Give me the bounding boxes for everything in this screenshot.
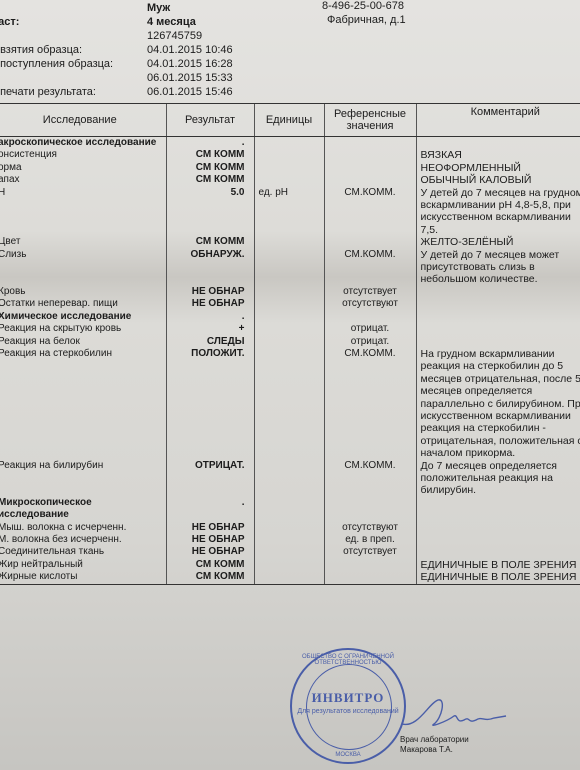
test-comment (416, 286, 580, 298)
test-reference: отрицат. (324, 336, 416, 348)
header-value: Муж (147, 1, 170, 15)
test-units (254, 348, 324, 460)
test-reference: отсутствует (324, 546, 416, 558)
test-result: СМ КОММ (166, 162, 254, 174)
test-name: орма (0, 162, 166, 174)
test-reference: отрицат. (324, 323, 416, 335)
header-value: 126745759 (147, 29, 202, 43)
test-reference (324, 162, 416, 174)
test-name: Соединительная ткань (0, 546, 166, 558)
stamp-brand: ИНВИТРО (292, 690, 404, 706)
section-row: акроскопическое исследование. (0, 137, 580, 150)
lab-stamp: ОБЩЕСТВО С ОГРАНИЧЕННОЙ ОТВЕТСТВЕННОСТЬЮ… (290, 648, 406, 764)
test-units (254, 497, 324, 522)
results-table: Исследование Результат Единицы Референсн… (0, 103, 580, 585)
test-result: ОТРИЦАТ. (166, 460, 254, 497)
header-label: та поступления образца: (0, 57, 113, 71)
stamp-inner-ring (306, 664, 392, 750)
table-row: Соединительная тканьНЕ ОБНАРотсутствует (0, 546, 580, 558)
test-units (254, 162, 324, 174)
table-row: КровьНЕ ОБНАРотсутствует (0, 286, 580, 298)
test-comment (416, 534, 580, 546)
test-result: . (166, 137, 254, 150)
test-units (254, 236, 324, 248)
table-row: Реакция на билирубинОТРИЦАТ.СМ.КОММ.До 7… (0, 460, 580, 497)
test-reference: СМ.КОММ. (324, 249, 416, 286)
test-result: НЕ ОБНАР (166, 298, 254, 310)
test-result: СМ КОММ (166, 149, 254, 161)
test-name: Кровь (0, 286, 166, 298)
doctor-name: Макарова Т.А. (400, 745, 469, 755)
test-name: апах (0, 174, 166, 186)
test-units (254, 522, 324, 534)
header-label: та взятия образца: (0, 43, 82, 57)
test-units (254, 460, 324, 497)
test-comment (416, 497, 580, 522)
test-units (254, 546, 324, 558)
table-header-row: Исследование Результат Единицы Референсн… (0, 104, 580, 137)
test-reference (324, 311, 416, 323)
test-name: Реакция на стеркобилин (0, 348, 166, 460)
section-row: Микроскопическое исследование. (0, 497, 580, 522)
header-value: 06.01.2015 15:33 (147, 71, 233, 85)
test-reference (324, 559, 416, 571)
test-reference (324, 149, 416, 161)
header-value: 06.01.2015 15:46 (147, 85, 233, 99)
header-value: 04.01.2015 16:28 (147, 57, 233, 71)
table-row: онсистенцияСМ КОММВЯЗКАЯ (0, 149, 580, 161)
test-result: СЛЕДЫ (166, 336, 254, 348)
test-result: СМ КОММ (166, 236, 254, 248)
test-comment (416, 522, 580, 534)
test-units (254, 336, 324, 348)
test-name: Микроскопическое исследование (0, 497, 166, 522)
test-name: акроскопическое исследование (0, 137, 166, 150)
test-reference: отсутствуют (324, 522, 416, 534)
test-units (254, 559, 324, 571)
test-reference: отсутствуют (324, 298, 416, 310)
test-name: Н (0, 187, 166, 237)
table-row: СлизьОБНАРУЖ.СМ.КОММ.У детей до 7 месяце… (0, 249, 580, 286)
test-reference: СМ.КОММ. (324, 460, 416, 497)
test-comment (416, 298, 580, 310)
signature-scribble-icon (398, 694, 508, 734)
col-header-comment: Комментарий (416, 104, 580, 137)
test-comment: У детей до 7 месяцев на грудном вскармли… (416, 187, 580, 237)
test-units (254, 149, 324, 161)
test-units (254, 137, 324, 150)
table-row: Реакция на скрытую кровь+отрицат. (0, 323, 580, 335)
test-reference (324, 174, 416, 186)
test-comment: До 7 месяцев определяется положительная … (416, 460, 580, 497)
test-comment: ЕДИНИЧНЫЕ В ПОЛЕ ЗРЕНИЯ (416, 559, 580, 571)
test-comment: ЕДИНИЧНЫЕ В ПОЛЕ ЗРЕНИЯ (416, 571, 580, 584)
test-result: ПОЛОЖИТ. (166, 348, 254, 460)
header-value: 4 месяца (147, 15, 196, 29)
table-row: Жир нейтральныйСМ КОММЕДИНИЧНЫЕ В ПОЛЕ З… (0, 559, 580, 571)
section-row: Химическое исследование. (0, 311, 580, 323)
test-name: Химическое исследование (0, 311, 166, 323)
doctor-signature-block: Врач лаборатории Макарова Т.А. (400, 735, 469, 755)
doctor-title: Врач лаборатории (400, 735, 469, 745)
test-result: 5.0 (166, 187, 254, 237)
table-row: М. волокна без исчерченн.НЕ ОБНАРед. в п… (0, 534, 580, 546)
test-units (254, 286, 324, 298)
test-reference: отсутствует (324, 286, 416, 298)
test-name: Мыш. волокна с исчерченн. (0, 522, 166, 534)
test-comment: НЕОФОРМЛЕННЫЙ (416, 162, 580, 174)
test-comment: На грудном вскармливании реакция на стер… (416, 348, 580, 460)
table-row: апахСМ КОММОБЫЧНЫЙ КАЛОВЫЙ (0, 174, 580, 186)
test-units (254, 298, 324, 310)
test-result: СМ КОММ (166, 571, 254, 584)
test-comment (416, 546, 580, 558)
test-units (254, 311, 324, 323)
test-reference: СМ.КОММ. (324, 348, 416, 460)
test-result: ОБНАРУЖ. (166, 249, 254, 286)
table-row: ормаСМ КОММНЕОФОРМЛЕННЫЙ (0, 162, 580, 174)
test-comment (416, 137, 580, 150)
test-result: СМ КОММ (166, 174, 254, 186)
header-label: зраст: (0, 15, 19, 29)
test-name: Реакция на скрытую кровь (0, 323, 166, 335)
test-reference (324, 236, 416, 248)
test-units (254, 323, 324, 335)
test-comment: ВЯЗКАЯ (416, 149, 580, 161)
header-value: 04.01.2015 10:46 (147, 43, 233, 57)
col-header-result: Результат (166, 104, 254, 137)
test-result: + (166, 323, 254, 335)
test-result: СМ КОММ (166, 559, 254, 571)
table-row: Н5.0ед. рНСМ.КОММ.У детей до 7 месяцев н… (0, 187, 580, 237)
test-reference: ед. в преп. (324, 534, 416, 546)
test-name: Реакция на билирубин (0, 460, 166, 497)
test-comment (416, 336, 580, 348)
test-units (254, 534, 324, 546)
test-result: . (166, 311, 254, 323)
test-result: НЕ ОБНАР (166, 286, 254, 298)
test-reference (324, 571, 416, 584)
header-label: та печати результата: (0, 85, 96, 99)
test-result: НЕ ОБНАР (166, 546, 254, 558)
test-units (254, 249, 324, 286)
lab-phone: 8-496-25-00-678 (322, 0, 404, 12)
test-reference (324, 497, 416, 522)
test-result: НЕ ОБНАР (166, 522, 254, 534)
test-comment: ЖЕЛТО-ЗЕЛЁНЫЙ (416, 236, 580, 248)
test-name: онсистенция (0, 149, 166, 161)
test-name: Цвет (0, 236, 166, 248)
test-reference (324, 137, 416, 150)
test-reference: СМ.КОММ. (324, 187, 416, 237)
col-header-test: Исследование (0, 104, 166, 137)
test-comment: ОБЫЧНЫЙ КАЛОВЫЙ (416, 174, 580, 186)
test-units (254, 174, 324, 186)
stamp-purpose: Для результатов исследований (292, 708, 404, 716)
table-row: Реакция на стеркобилинПОЛОЖИТ.СМ.КОММ.На… (0, 348, 580, 460)
test-comment (416, 323, 580, 335)
test-name: Жир нейтральный (0, 559, 166, 571)
test-name: Остатки неперевар. пищи (0, 298, 166, 310)
test-name: М. волокна без исчерченн. (0, 534, 166, 546)
header-label: ач: (0, 71, 1, 85)
test-name: Жирные кислоты (0, 571, 166, 584)
table-row: Жирные кислотыСМ КОММЕДИНИЧНЫЕ В ПОЛЕ ЗР… (0, 571, 580, 584)
table-row: Мыш. волокна с исчерченн.НЕ ОБНАРотсутст… (0, 522, 580, 534)
table-row: ЦветСМ КОММЖЕЛТО-ЗЕЛЁНЫЙ (0, 236, 580, 248)
test-result: . (166, 497, 254, 522)
test-name: Реакция на белок (0, 336, 166, 348)
lab-address: Фабричная, д.1 (327, 14, 406, 26)
test-result: НЕ ОБНАР (166, 534, 254, 546)
table-row: Реакция на белокСЛЕДЫотрицат. (0, 336, 580, 348)
table-row: Остатки неперевар. пищиНЕ ОБНАРотсутству… (0, 298, 580, 310)
col-header-reference: Референсные значения (324, 104, 416, 137)
test-units (254, 571, 324, 584)
test-comment (416, 311, 580, 323)
col-header-units: Единицы (254, 104, 324, 137)
test-comment: У детей до 7 месяцев может присутствоват… (416, 249, 580, 286)
stamp-city: МОСКВА (292, 752, 404, 758)
test-name: Слизь (0, 249, 166, 286)
test-units: ед. рН (254, 187, 324, 237)
